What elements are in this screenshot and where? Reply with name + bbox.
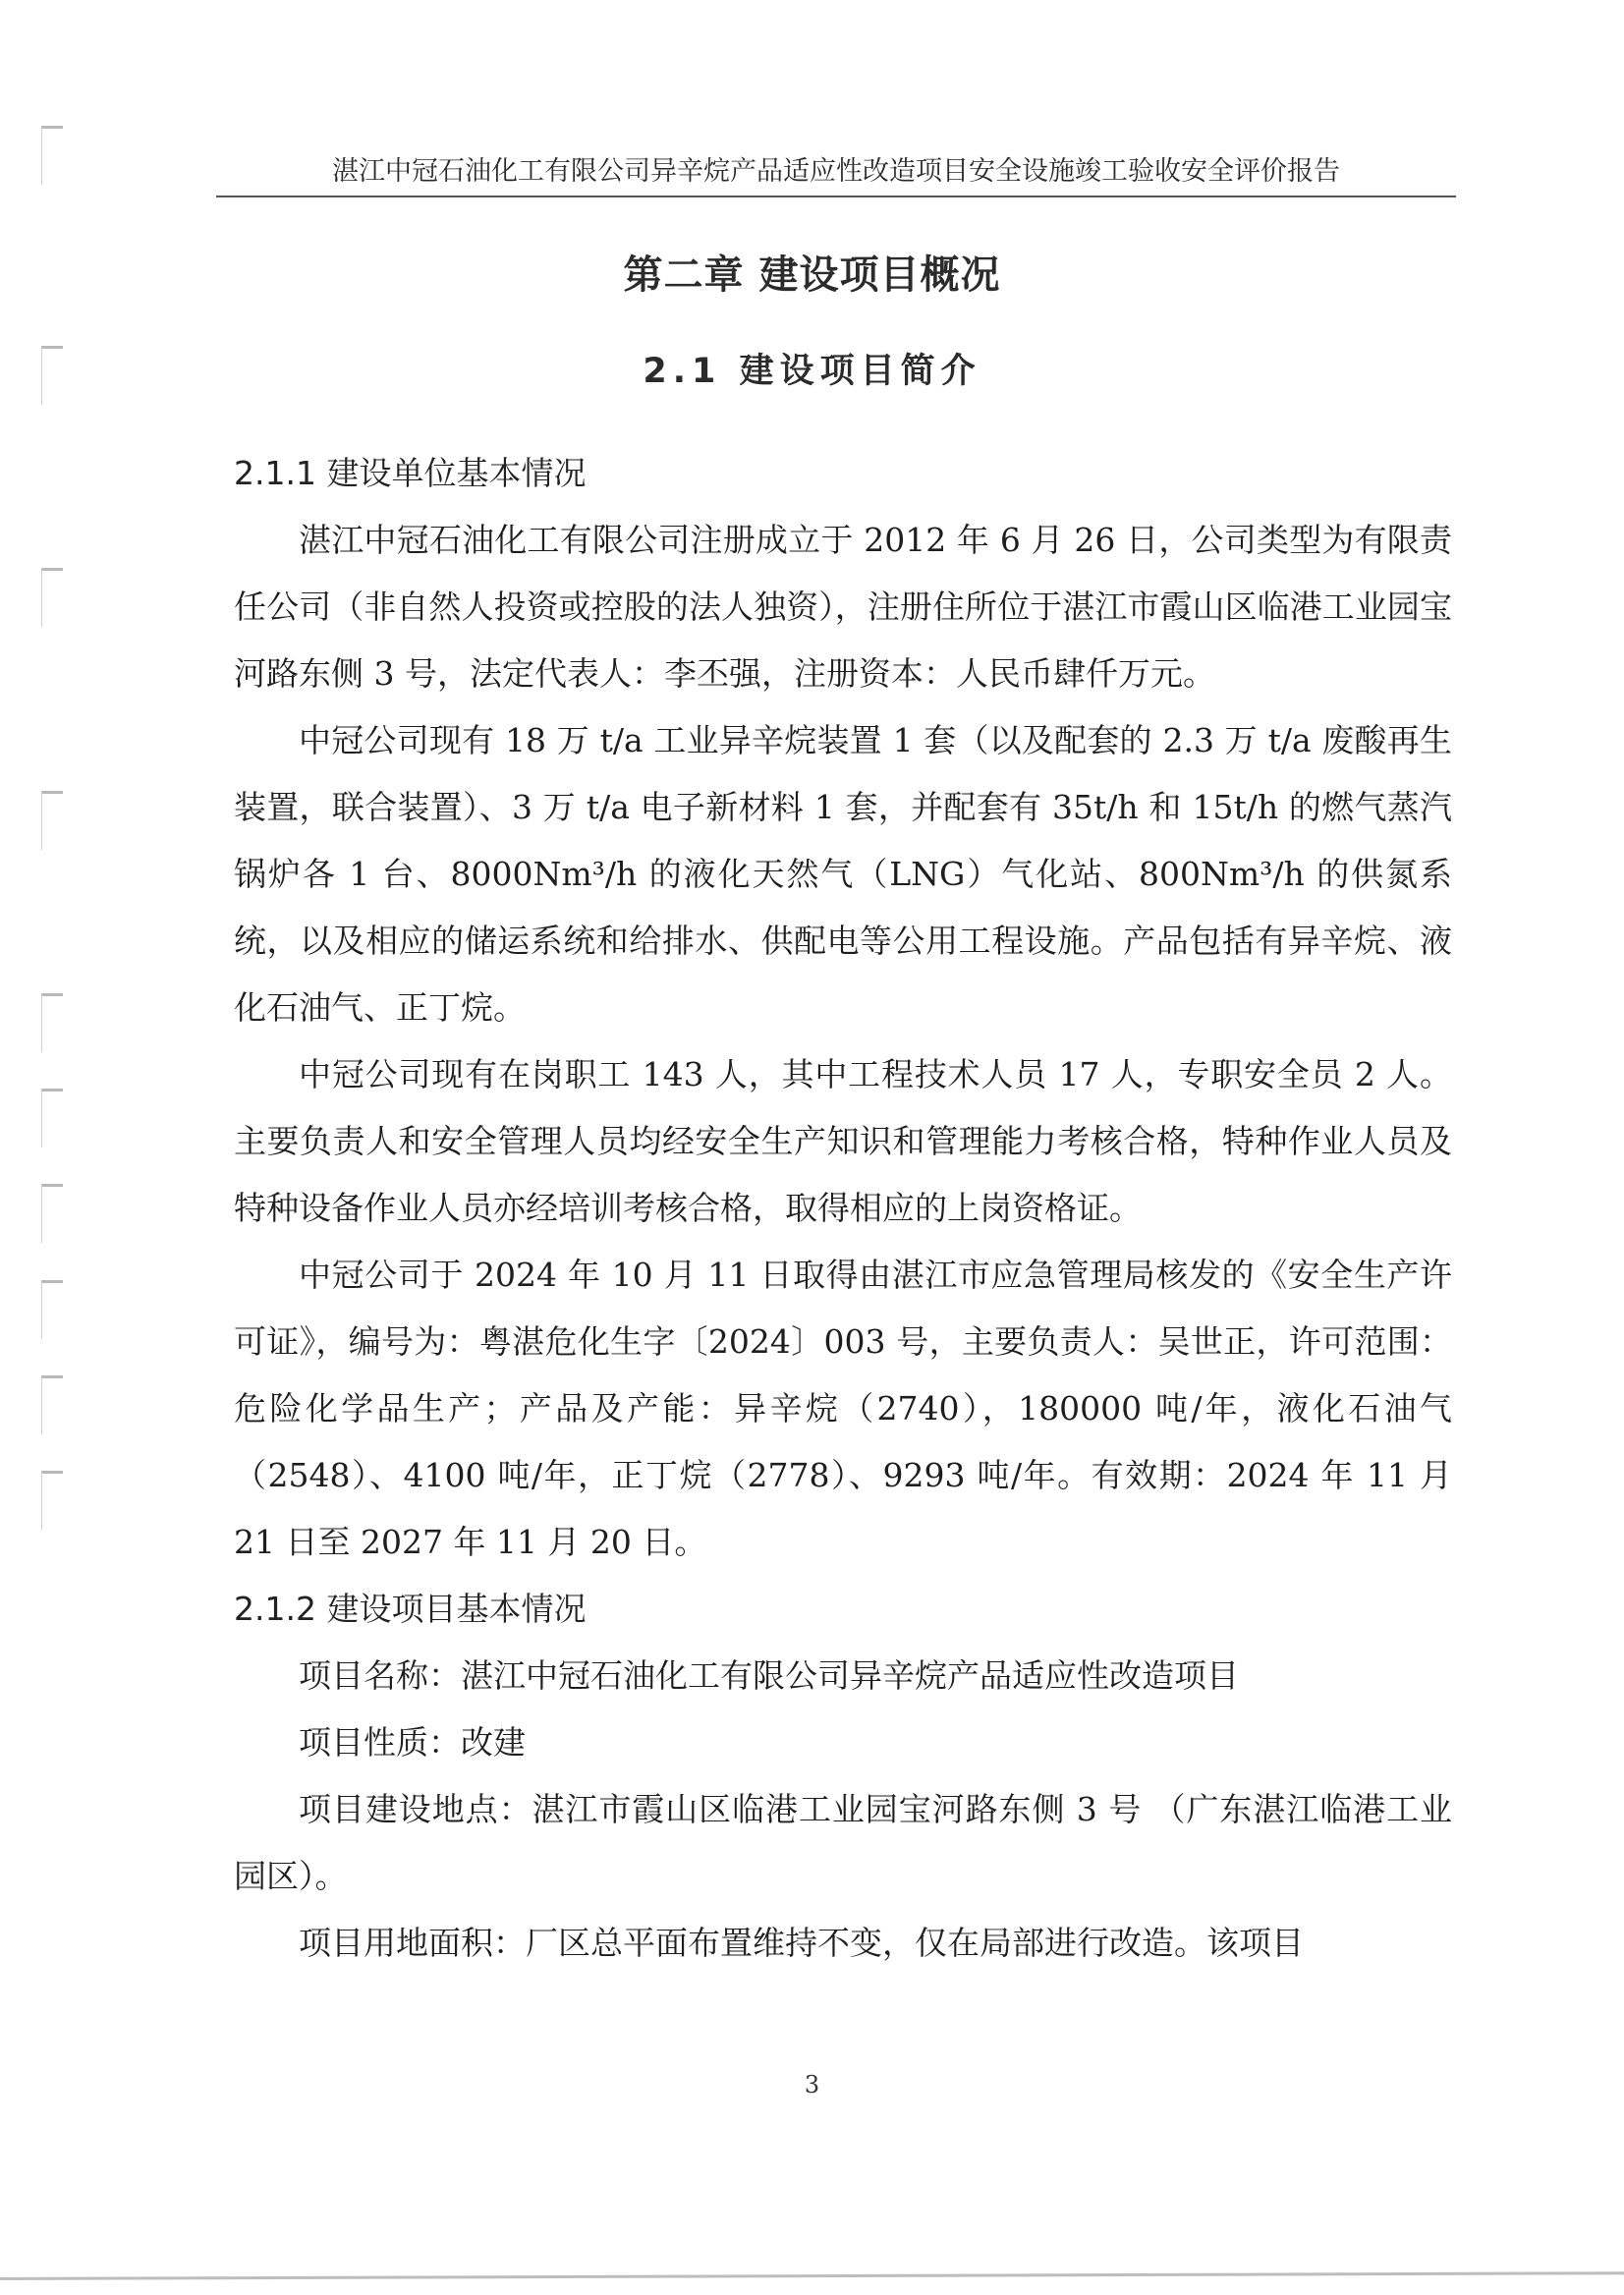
paragraph-project-name: 项目名称：湛江中冠石油化工有限公司异辛烷产品适应性改造项目 bbox=[234, 1643, 1452, 1709]
binding-mark bbox=[41, 1184, 63, 1243]
document-body: 2.1.1 建设单位基本情况 湛江中冠石油化工有限公司注册成立于 2012 年 … bbox=[234, 440, 1452, 1977]
header-rule bbox=[216, 196, 1456, 197]
binding-mark bbox=[41, 1471, 63, 1530]
binding-mark bbox=[41, 791, 63, 850]
subsection-title: 2.1.2 建设项目基本情况 bbox=[234, 1576, 1452, 1643]
paragraph-registration: 湛江中冠石油化工有限公司注册成立于 2012 年 6 月 26 日，公司类型为有… bbox=[234, 507, 1452, 707]
paragraph-project-nature: 项目性质：改建 bbox=[234, 1709, 1452, 1776]
subsection-title: 2.1.1 建设单位基本情况 bbox=[234, 440, 1452, 507]
binding-mark bbox=[41, 1375, 63, 1434]
running-header: 湛江中冠石油化工有限公司异辛烷产品适应性改造项目安全设施竣工验收安全评价报告 bbox=[216, 149, 1456, 188]
binding-mark bbox=[41, 126, 63, 185]
binding-mark bbox=[41, 993, 63, 1052]
binding-mark bbox=[41, 1280, 63, 1339]
paragraph-facilities: 中冠公司现有 18 万 t/a 工业异辛烷装置 1 套（以及配套的 2.3 万 … bbox=[234, 707, 1452, 1041]
page-number: 3 bbox=[0, 2071, 1624, 2099]
paragraph-license: 中冠公司于 2024 年 10 月 11 日取得由湛江市应急管理局核发的《安全生… bbox=[234, 1242, 1452, 1576]
binding-mark bbox=[41, 1089, 63, 1147]
subsection-project-info: 2.1.2 建设项目基本情况 项目名称：湛江中冠石油化工有限公司异辛烷产品适应性… bbox=[234, 1576, 1452, 1977]
paragraph-staff: 中冠公司现有在岗职工 143 人，其中工程技术人员 17 人，专职安全员 2 人… bbox=[234, 1041, 1452, 1242]
paragraph-project-area: 项目用地面积：厂区总平面布置维持不变，仅在局部进行改造。该项目 bbox=[234, 1910, 1452, 1977]
binding-mark bbox=[41, 568, 63, 627]
paragraph-project-location: 项目建设地点：湛江市霞山区临港工业园宝河路东侧 3 号 （广东湛江临港工业园区）… bbox=[234, 1776, 1452, 1910]
chapter-title: 第二章 建设项目概况 bbox=[0, 244, 1624, 300]
section-title: 2.1 建设项目简介 bbox=[0, 344, 1624, 393]
subsection-company-info: 2.1.1 建设单位基本情况 湛江中冠石油化工有限公司注册成立于 2012 年 … bbox=[234, 440, 1452, 1576]
scan-bottom-edge bbox=[0, 2271, 1624, 2280]
